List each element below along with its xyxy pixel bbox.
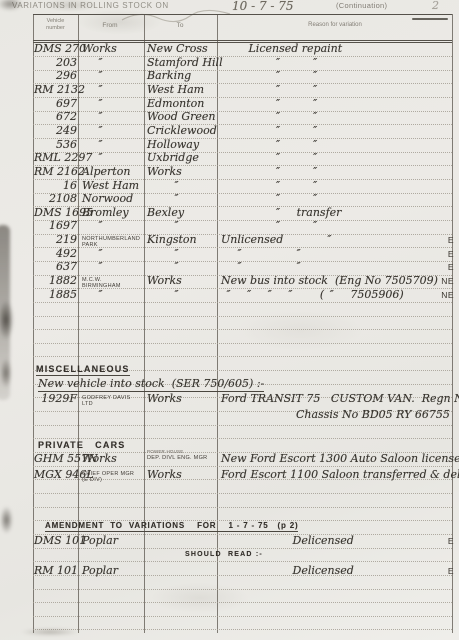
grid-line: [33, 561, 452, 562]
margin-note: E: [436, 566, 454, 576]
chassis-number-line: Chassis No BD05 RY 66755: [296, 409, 450, 421]
from-cell: Bromley: [82, 207, 144, 219]
col-header-vehicle-number: Vehicle number: [34, 18, 77, 32]
reason-cell: ″ ″: [221, 98, 459, 110]
to-cell: ″: [147, 248, 219, 260]
from-cell: Works: [82, 43, 144, 55]
reason-cell: ″ ″: [221, 220, 459, 232]
ink-blob-2: [0, 358, 12, 388]
to-cell-annotation: POWER HOUSE: [147, 449, 219, 454]
to-cell: New Cross: [147, 43, 219, 55]
vehicle-number: 16: [34, 180, 77, 192]
vehicle-number: DMS 101: [34, 535, 77, 547]
to-cell: ″: [147, 193, 219, 205]
from-cell: Norwood: [82, 193, 144, 205]
to-cell: ″: [147, 220, 219, 232]
reason-cell: ″ transfer: [221, 207, 459, 219]
vehicle-number: MGX 946L: [34, 469, 77, 481]
vehicle-number: DMS 270: [34, 43, 77, 55]
should-read-label: SHOULD READ :-: [185, 551, 263, 558]
ink-blob-3: [0, 506, 13, 534]
reason-cell: Licensed repaint: [221, 43, 459, 55]
margin-note: E: [436, 262, 454, 272]
to-cell: West Ham: [147, 84, 219, 96]
from-cell: ″: [82, 125, 144, 137]
grid-line: [33, 329, 452, 330]
grid-line: [33, 507, 452, 508]
vehicle-number: 203: [34, 57, 77, 69]
grid-line: [33, 302, 452, 303]
to-cell: Kingston: [147, 234, 219, 246]
to-cell: Cricklewood: [147, 125, 219, 137]
from-cell: ″: [82, 98, 144, 110]
to-cell: Bexley: [147, 207, 219, 219]
from-cell: CHIEF OPER MGR (E DIV): [82, 471, 144, 483]
vehicle-number: RM 2132: [34, 84, 77, 96]
reason-cell: Unlicensed ″: [221, 234, 459, 246]
col-header-to: To: [145, 22, 215, 29]
vehicle-number: 536: [34, 139, 77, 151]
vehicle-number: 697: [34, 98, 77, 110]
from-cell: West Ham: [82, 180, 144, 192]
to-cell: Uxbridge: [147, 152, 219, 164]
date-handwritten: 10 - 7 - 75: [232, 0, 294, 12]
margin-note: NE: [436, 290, 454, 300]
margin-note: E: [436, 536, 454, 546]
from-cell: ″: [82, 111, 144, 123]
vehicle-number: DMS 1695: [34, 207, 77, 219]
margin-note: E: [436, 235, 454, 245]
reason-cell: ″ ″: [221, 193, 459, 205]
from-cell: ″: [82, 289, 144, 301]
grid-line: [33, 493, 452, 494]
reason-cell: ″ ″: [221, 57, 459, 69]
reason-cell: ″ ″: [221, 152, 459, 164]
grid-line: [33, 316, 452, 317]
reason-cell: New bus into stock (Eng No 7505709): [221, 275, 459, 287]
from-cell: ″: [82, 84, 144, 96]
vehicle-number: 219: [34, 234, 77, 246]
amendment-heading: AMENDMENT TO VARIATIONS FOR 1 - 7 - 75 (…: [45, 521, 298, 532]
from-cell: Poplar: [82, 535, 144, 547]
reason-cell: Ford Escort 1100 Saloon transferred & de…: [221, 469, 459, 481]
reason-cell: ″ ″: [221, 139, 459, 151]
to-cell: Wood Green: [147, 111, 219, 123]
from-cell: ″: [82, 261, 144, 273]
vehicle-number: RM 101: [34, 565, 77, 577]
to-cell: ″: [147, 289, 219, 301]
grid-line: [33, 602, 452, 603]
grid-line: [33, 466, 452, 467]
reason-cell: Delicensed: [221, 535, 459, 547]
vehicle-number: GHM 557N: [34, 453, 77, 465]
reason-cell: ″ ″: [221, 84, 459, 96]
grid-line: [33, 356, 452, 357]
reason-cell: ″ ″: [221, 166, 459, 178]
to-cell: ″: [147, 261, 219, 273]
from-cell: GODFREY DAVIS LTD: [82, 395, 144, 407]
from-cell: ″: [82, 152, 144, 164]
to-cell: ″: [147, 180, 219, 192]
grid-line: [33, 14, 452, 15]
from-cell: Poplar: [82, 565, 144, 577]
col-header-from: From: [78, 22, 142, 29]
margin-note: E: [436, 249, 454, 259]
from-cell: ″: [82, 220, 144, 232]
grid-line: [33, 616, 452, 617]
to-cell: Works: [147, 275, 219, 287]
vehicle-number: 2108: [34, 193, 77, 205]
reason-cell: Ford TRANSIT 75 CUSTOM VAN. Regn No GHV …: [221, 393, 459, 405]
grid-line: [33, 425, 452, 426]
vehicle-number: 249: [34, 125, 77, 137]
vehicle-number: 1697: [34, 220, 77, 232]
from-cell: ″: [82, 139, 144, 151]
grid-line: [33, 343, 452, 344]
to-cell: Works: [147, 166, 219, 178]
pen-dash-mark: [412, 18, 448, 20]
reason-cell: ″ ″: [221, 111, 459, 123]
reason-cell: Delicensed: [221, 565, 459, 577]
vehicle-number: 1929F: [34, 393, 77, 405]
to-cell: Edmonton: [147, 98, 219, 110]
vehicle-number: 296: [34, 70, 77, 82]
margin-note: NE: [436, 276, 454, 286]
vehicle-number: RML 2297: [34, 152, 77, 164]
to-cell: Barking: [147, 70, 219, 82]
vehicle-number: RM 2162: [34, 166, 77, 178]
reason-cell: ″ ″ ″ ″ ( ″ 7505906): [221, 289, 459, 301]
reason-cell: New Ford Escort 1300 Auto Saloon license…: [221, 453, 459, 465]
vehicle-number: 1885: [34, 289, 77, 301]
from-cell: ″: [82, 248, 144, 260]
to-cell: Works: [147, 469, 219, 481]
vehicle-number: 637: [34, 261, 77, 273]
from-cell: Works: [82, 453, 144, 465]
to-cell: Holloway: [147, 139, 219, 151]
miscellaneous-heading: MISCELLANEOUS: [36, 364, 130, 376]
grid-line: [33, 589, 452, 590]
misc-subtitle: New vehicle into stock (SER 750/605) :-: [38, 378, 264, 392]
to-cell: Stamford Hill: [147, 57, 219, 69]
to-cell: DEP. DIVL ENG. MGR: [147, 455, 219, 461]
reason-cell: ″ ″: [221, 125, 459, 137]
grid-line: [33, 629, 452, 630]
reason-cell: ″ ″: [221, 180, 459, 192]
grid-line: [33, 548, 452, 549]
col-header-reason: Reason for variation: [221, 22, 449, 28]
reason-cell: ″ ″: [221, 70, 459, 82]
page-mark: 2: [432, 0, 439, 12]
from-cell: ″: [82, 57, 144, 69]
vehicle-number: 1882: [34, 275, 77, 287]
vehicle-number: 492: [34, 248, 77, 260]
scanned-document-page: VARIATIONS IN ROLLING STOCK ON 10 - 7 - …: [0, 0, 459, 640]
private-cars-heading: PRIVATE CARS: [38, 440, 125, 450]
scan-shadow-left: [0, 225, 10, 400]
ink-blob-1: [0, 300, 14, 340]
to-cell: Works: [147, 393, 219, 405]
vehicle-number: 672: [34, 111, 77, 123]
reason-cell: ″ ″: [221, 261, 459, 273]
from-cell: ″: [82, 70, 144, 82]
from-cell: Alperton: [82, 166, 144, 178]
grid-line: [144, 14, 145, 633]
reason-cell: ″ ″: [221, 248, 459, 260]
continuation-label: (Continuation): [336, 1, 387, 10]
grid-line: [33, 40, 452, 41]
